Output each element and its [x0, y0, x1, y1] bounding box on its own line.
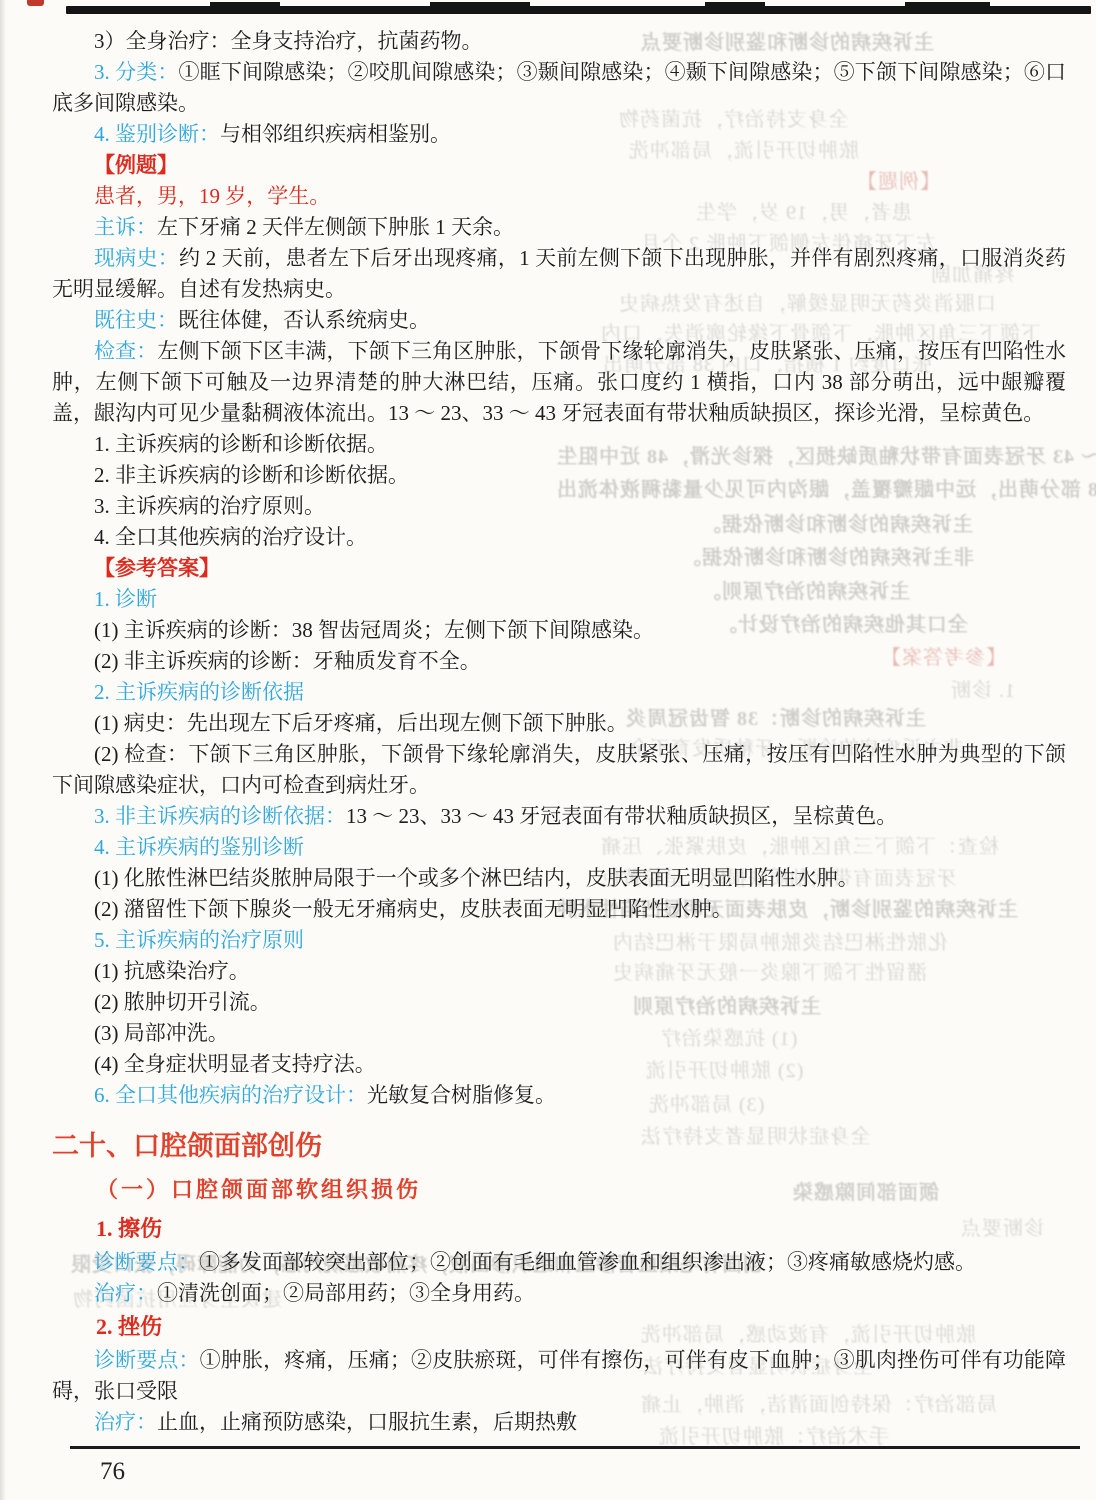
paragraph: (2) 脓肿切开引流。 — [52, 987, 1066, 1018]
inline-label: 3. 分类： — [94, 60, 179, 84]
inline-label: 4. 鉴别诊断： — [94, 122, 220, 146]
body-text: 既往体健，否认系统病史。 — [178, 308, 430, 332]
paragraph: (4) 全身症状明显者支持疗法。 — [52, 1049, 1066, 1080]
inline-label: 主诉： — [94, 215, 157, 239]
red-text: 二十、口腔颌面部创伤 — [52, 1131, 322, 1161]
paragraph: 主诉：左下牙痛 2 天伴左侧颌下肿胀 1 天余。 — [52, 212, 1066, 243]
red-text: 1. 擦伤 — [96, 1216, 162, 1241]
inline-label: 1. 诊断 — [94, 587, 157, 611]
paragraph: 4. 全口其他疾病的治疗设计。 — [52, 522, 1066, 553]
inline-label: 5. 主诉疾病的治疗原则 — [94, 928, 304, 952]
page: 主诉疾病的诊断和鉴别诊断要点全身支持治疗，抗菌药物脓肿切开引流，局部冲洗【例题】… — [0, 0, 1096, 1500]
paragraph: (1) 病史：先出现左下后牙疼痛，后出现左侧下颌下肿胀。 — [52, 708, 1066, 739]
paragraph: 3. 非主诉疾病的诊断依据：13 ～ 23、33 ～ 43 牙冠表面有带状釉质缺… — [52, 801, 1066, 832]
paragraph: 3）全身治疗：全身支持治疗，抗菌药物。 — [52, 26, 1066, 57]
paragraph: (1) 抗感染治疗。 — [52, 956, 1066, 987]
red-text: 患者，男，19 岁，学生。 — [94, 184, 330, 208]
inline-label: 4. 主诉疾病的鉴别诊断 — [94, 835, 304, 859]
paragraph: 【例题】 — [52, 150, 1066, 181]
body-text: 1. 主诉疾病的诊断和诊断依据。 — [94, 432, 388, 456]
inline-label: 既往史： — [94, 308, 178, 332]
paragraph: (1) 主诉疾病的诊断：38 智齿冠周炎；左侧下颌下间隙感染。 — [52, 615, 1066, 646]
body-text: (4) 全身症状明显者支持疗法。 — [94, 1052, 376, 1076]
paragraph: 1. 主诉疾病的诊断和诊断依据。 — [52, 429, 1066, 460]
inline-label: 3. 非主诉疾病的诊断依据： — [94, 804, 346, 828]
paragraph: 3. 主诉疾病的治疗原则。 — [52, 491, 1066, 522]
body-text: 与相邻组织疾病相鉴别。 — [220, 122, 451, 146]
body-text: (1) 化脓性淋巴结炎脓肿局限于一个或多个淋巴结内，皮肤表面无明显凹陷性水肿。 — [94, 866, 859, 890]
body-text: ①多发面部较突出部位；②创面有毛细血管渗血和组织渗出液；③疼痛敏感烧灼感。 — [199, 1250, 976, 1274]
paragraph: 患者，男，19 岁，学生。 — [52, 181, 1066, 212]
paragraph: 2. 非主诉疾病的诊断和诊断依据。 — [52, 460, 1066, 491]
body-text: 光敏复合树脂修复。 — [367, 1083, 556, 1107]
body-text: ①眶下间隙感染；②咬肌间隙感染；③颞间隙感染；④颞下间隙感染；⑤下颌下间隙感染；… — [52, 60, 1066, 115]
inline-label: 诊断要点： — [94, 1348, 200, 1372]
section-heading: 二十、口腔颌面部创伤 — [52, 1128, 1066, 1164]
body-text: (2) 非主诉疾病的诊断：牙釉质发育不全。 — [94, 649, 481, 673]
paragraph: 6. 全口其他疾病的治疗设计：光敏复合树脂修复。 — [52, 1080, 1066, 1111]
paragraph: 既往史：既往体健，否认系统病史。 — [52, 305, 1066, 336]
body-text: ①肿胀，疼痛，压痛；②皮肤瘀斑，可伴有擦伤，可伴有皮下血肿；③肌肉挫伤可伴有功能… — [52, 1348, 1066, 1403]
content: 3）全身治疗：全身支持治疗，抗菌药物。3. 分类：①眶下间隙感染；②咬肌间隙感染… — [0, 0, 1096, 1438]
red-text: 2. 挫伤 — [96, 1314, 162, 1339]
inline-label: 6. 全口其他疾病的治疗设计： — [94, 1083, 367, 1107]
body-text: 3. 主诉疾病的治疗原则。 — [94, 494, 325, 518]
body-text: (2) 检查：下颌下三角区肿胀，下颌骨下缘轮廓消失，皮肤紧张、压痛，按压有凹陷性… — [52, 742, 1066, 797]
page-number: 76 — [100, 1458, 125, 1486]
paragraph: (1) 化脓性淋巴结炎脓肿局限于一个或多个淋巴结内，皮肤表面无明显凹陷性水肿。 — [52, 863, 1066, 894]
paragraph: 治疗：①清洗创面；②局部用药；③全身用药。 — [52, 1278, 1066, 1309]
item-heading: 2. 挫伤 — [52, 1311, 1066, 1343]
paragraph: (3) 局部冲洗。 — [52, 1018, 1066, 1049]
body-text: 4. 全口其他疾病的治疗设计。 — [94, 525, 367, 549]
body-text: 止血，止痛预防感染，口服抗生素，后期热敷 — [157, 1410, 577, 1434]
body-text: 13 ～ 23、33 ～ 43 牙冠表面有带状釉质缺损区，呈棕黄色。 — [346, 804, 897, 828]
inline-label: 治疗： — [94, 1410, 157, 1434]
body-text: (2) 脓肿切开引流。 — [94, 990, 271, 1014]
inline-label: 检查： — [94, 339, 157, 363]
paragraph: (2) 非主诉疾病的诊断：牙釉质发育不全。 — [52, 646, 1066, 677]
subsection-heading: （一）口腔颌面部软组织损伤 — [96, 1173, 1066, 1206]
paragraph: 2. 主诉疾病的诊断依据 — [52, 677, 1066, 708]
paragraph: 诊断要点：①肿胀，疼痛，压痛；②皮肤瘀斑，可伴有擦伤，可伴有皮下血肿；③肌肉挫伤… — [52, 1345, 1066, 1407]
paragraph: 【参考答案】 — [52, 553, 1066, 584]
paragraph: 5. 主诉疾病的治疗原则 — [52, 925, 1066, 956]
paragraph: (2) 潴留性下颌下腺炎一般无牙痛病史，皮肤表面无明显凹陷性水肿。 — [52, 894, 1066, 925]
body-text: 2. 非主诉疾病的诊断和诊断依据。 — [94, 463, 409, 487]
body-text: (1) 主诉疾病的诊断：38 智齿冠周炎；左侧下颌下间隙感染。 — [94, 618, 654, 642]
footer-rule — [70, 1446, 1080, 1449]
item-heading: 1. 擦伤 — [52, 1213, 1066, 1245]
body-text: 3）全身治疗：全身支持治疗，抗菌药物。 — [94, 29, 483, 53]
paragraph: 3. 分类：①眶下间隙感染；②咬肌间隙感染；③颞间隙感染；④颞下间隙感染；⑤下颌… — [52, 57, 1066, 119]
red-text: （一）口腔颌面部软组织损伤 — [96, 1177, 421, 1202]
inline-label: 现病史： — [94, 246, 179, 270]
body-text: (1) 病史：先出现左下后牙疼痛，后出现左侧下颌下肿胀。 — [94, 711, 628, 735]
body-text: 约 2 天前，患者左下后牙出现疼痛，1 天前左侧下颌下出现肿胀，并伴有剧烈疼痛，… — [52, 246, 1066, 301]
body-text: (3) 局部冲洗。 — [94, 1021, 229, 1045]
paragraph: 治疗：止血，止痛预防感染，口服抗生素，后期热敷 — [52, 1407, 1066, 1438]
red-text: 【例题】 — [94, 154, 178, 177]
body-text: 左侧下颌下区丰满，下颌下三角区肿胀，下颌骨下缘轮廓消失，皮肤紧张、压痛，按压有凹… — [52, 339, 1066, 425]
inline-label: 2. 主诉疾病的诊断依据 — [94, 680, 304, 704]
inline-label: 诊断要点： — [94, 1250, 199, 1274]
paragraph: 现病史：约 2 天前，患者左下后牙出现疼痛，1 天前左侧下颌下出现肿胀，并伴有剧… — [52, 243, 1066, 305]
body-text: ①清洗创面；②局部用药；③全身用药。 — [157, 1281, 535, 1305]
body-text: (1) 抗感染治疗。 — [94, 959, 250, 983]
paragraph: 4. 鉴别诊断：与相邻组织疾病相鉴别。 — [52, 119, 1066, 150]
body-text: (2) 潴留性下颌下腺炎一般无牙痛病史，皮肤表面无明显凹陷性水肿。 — [94, 897, 733, 921]
paragraph: 诊断要点：①多发面部较突出部位；②创面有毛细血管渗血和组织渗出液；③疼痛敏感烧灼… — [52, 1247, 1066, 1278]
paragraph: 1. 诊断 — [52, 584, 1066, 615]
paragraph: 4. 主诉疾病的鉴别诊断 — [52, 832, 1066, 863]
inline-label: 治疗： — [94, 1281, 157, 1305]
paragraph: (2) 检查：下颌下三角区肿胀，下颌骨下缘轮廓消失，皮肤紧张、压痛，按压有凹陷性… — [52, 739, 1066, 801]
body-text: 左下牙痛 2 天伴左侧颌下肿胀 1 天余。 — [157, 215, 514, 239]
paragraph: 检查：左侧下颌下区丰满，下颌下三角区肿胀，下颌骨下缘轮廓消失，皮肤紧张、压痛，按… — [52, 336, 1066, 429]
red-text: 【参考答案】 — [94, 557, 220, 580]
